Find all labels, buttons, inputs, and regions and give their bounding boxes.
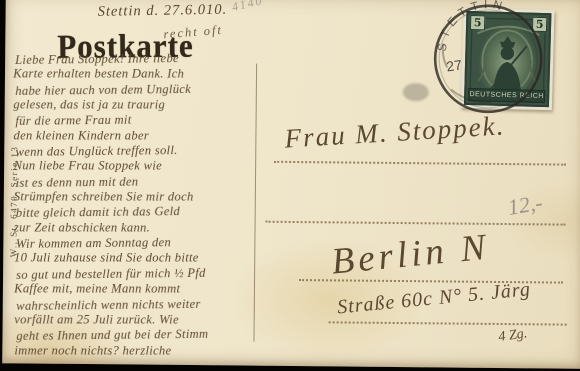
address-recipient: Frau M. Stoppek. <box>284 110 506 154</box>
message-line: Nun liebe Frau Stoppek wie <box>14 159 266 175</box>
stamp-design: 5 5 DEUTSCHES REICH <box>464 11 552 107</box>
message-line: ist es denn nun mit den <box>16 173 268 191</box>
message-line: wahrscheinlich wenn nichts weiter <box>16 296 268 314</box>
message-line: für die arme Frau mit <box>15 111 267 129</box>
stamp-denomination-right: 5 <box>532 17 547 32</box>
pencil-note: 4140 <box>230 0 265 15</box>
postage-stamp: 5 5 DEUTSCHES REICH <box>461 8 555 110</box>
message-line: Karte erhalten besten Dank. Ich <box>13 67 265 83</box>
message-lines: Liebe Frau Stoppek! Ihre liebeKarte erha… <box>13 51 266 359</box>
address-city: Berlin N <box>330 226 492 284</box>
postcard-paper: Stettin d. 27.6.010. 4140 Postkarte rech… <box>2 0 580 369</box>
message-line: habe hier auch von dem Unglück <box>15 81 267 99</box>
pencil-price-mark: 12,- <box>506 190 545 221</box>
scanned-postcard: Stettin d. 27.6.010. 4140 Postkarte rech… <box>0 0 580 371</box>
message-line: 10 Juli zuhause sind Sie doch bitte <box>14 251 266 267</box>
stamp-denomination-left: 5 <box>470 15 485 30</box>
address-dotted-line-1 <box>274 161 566 166</box>
overlapping-scribble: recht oft <box>163 23 224 43</box>
printer-series-mark: W., St. 6470. Serie 13 <box>8 89 20 257</box>
message-line: Kaffee mit, meine Mann kommt <box>14 282 266 298</box>
postmark-smudge <box>403 83 429 101</box>
stamp-country-label: DEUTSCHES REICH <box>468 88 545 103</box>
message-line: bitte gleich damit ich das Geld <box>16 204 268 222</box>
address-street: Straße 60c N° 5. Järg <box>336 278 532 319</box>
message-line: zur Zeit abschicken kann. <box>14 220 266 236</box>
message-line: vorfällt am 25 Juli zurück. Wie <box>14 312 266 328</box>
handwritten-date: Stettin d. 27.6.010. <box>97 2 227 21</box>
address-dotted-line-2 <box>266 221 566 226</box>
address-dotted-line-4 <box>329 321 567 325</box>
message-line: immer noch nichts? herzliche <box>14 343 266 359</box>
message-line: so gut und bestellen für mich ½ Pfd <box>16 265 268 283</box>
postmark-day: 27 <box>445 57 463 75</box>
message-line: den kleinen Kindern aber <box>13 128 265 144</box>
message-line: geht es Ihnen und gut bei der Stimm <box>16 326 268 344</box>
address-street-suffix: 4 Zg. <box>498 326 529 346</box>
